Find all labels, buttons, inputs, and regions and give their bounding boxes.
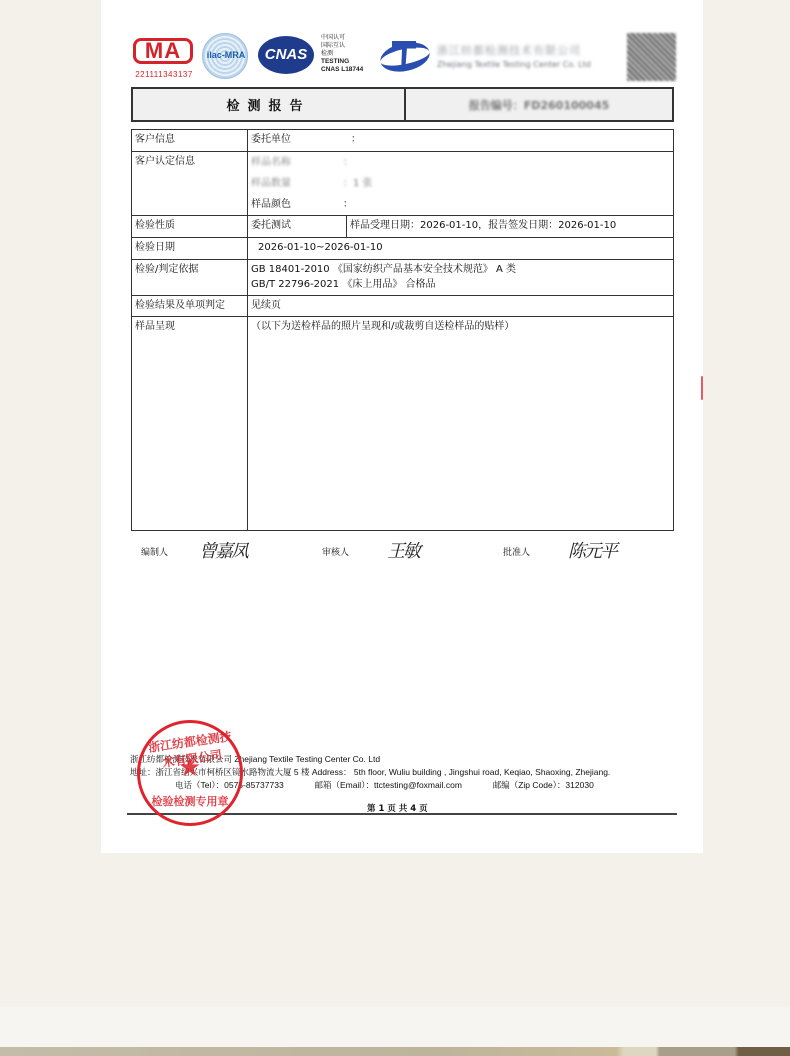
compiler-signature: 曾嘉凤 — [199, 537, 247, 563]
official-seal: 浙江纺都检测技术有限公司 ★ 检验检测专用章 — [137, 720, 243, 826]
row-label: 检验日期 — [132, 238, 248, 260]
approver-signature: 陈元平 — [568, 537, 616, 563]
cma-logo: MA 221111343137 — [133, 38, 195, 82]
cnas-info-line: CNAS L18744 — [321, 66, 363, 73]
reviewer-label: 审核人 — [322, 545, 349, 558]
row-value: 样品名称： 样品数量：1 张 样品颜色： — [248, 152, 674, 216]
table-row: 样品呈现 （以下为送检样品的照片呈现和/或裁剪自送检样品的贴样） — [132, 317, 674, 531]
row-label: 样品呈现 — [132, 317, 248, 531]
row-value: 委托单位： — [248, 130, 674, 152]
row-value: 2026-01-10~2026-01-10 — [248, 238, 674, 260]
signature-row: 编制人 曾嘉凤 审核人 王敏 批准人 陈元平 — [101, 537, 703, 567]
row-value: GB 18401-2010 《国家纺织产品基本安全技术规范》 A 类 GB/T … — [248, 260, 674, 296]
table-row: 客户认定信息 样品名称： 样品数量：1 张 样品颜色： — [132, 152, 674, 216]
row-label: 检验结果及单项判定 — [132, 296, 248, 317]
row-label: 客户认定信息 — [132, 152, 248, 216]
compiler-label: 编制人 — [141, 545, 168, 558]
field-key: 委托单位 — [251, 132, 351, 147]
report-number: 报告编号：FD260100045 — [406, 89, 672, 120]
reviewer-signature: 王敏 — [387, 537, 419, 563]
photo-strip — [0, 1047, 790, 1056]
report-info-table: 客户信息 委托单位： 客户认定信息 样品名称： 样品数量：1 张 样品颜色： 检… — [131, 129, 674, 531]
report-title: 检测报告 — [133, 89, 406, 120]
ilac-mra-logo: ilac-MRA — [202, 33, 248, 79]
cma-number: 221111343137 — [133, 70, 195, 79]
table-row: 检验性质 委托测试 样品受理日期：2026-01-10，报告签发日期：2026-… — [132, 216, 674, 238]
sample-area: （以下为送检样品的照片呈现和/或裁剪自送检样品的贴样） — [248, 317, 674, 531]
row-label: 检验性质 — [132, 216, 248, 238]
ttc-logo-icon — [380, 35, 430, 77]
cma-mark: MA — [133, 38, 193, 64]
row-label: 检验/判定依据 — [132, 260, 248, 296]
table-row: 检验日期 2026-01-10~2026-01-10 — [132, 238, 674, 260]
dates-value: 样品受理日期：2026-01-10，报告签发日期：2026-01-10 — [347, 216, 674, 238]
edge-mark — [701, 376, 703, 400]
field-value: ：1 张 — [343, 176, 373, 191]
company-name-cn: 浙江纺都检测技术有限公司 — [437, 42, 581, 58]
footer-zip: 邮编（Zip Code）：312030 — [493, 780, 594, 790]
footer-email: 邮箱（Email）：ttctesting@foxmail.com — [314, 780, 462, 790]
cnas-info-line: 国际互认 — [321, 42, 363, 50]
field-value: ： — [351, 134, 361, 145]
star-icon: ★ — [178, 755, 201, 781]
row-value: 委托测试 — [248, 216, 347, 238]
field-key: 样品颜色 — [251, 197, 343, 212]
table-row: 检验/判定依据 GB 18401-2010 《国家纺织产品基本安全技术规范》 A… — [132, 260, 674, 296]
table-row: 检验结果及单项判定 见续页 — [132, 296, 674, 317]
cnas-info-line: 中国认可 — [321, 34, 363, 42]
cnas-info: 中国认可 国际互认 检测 TESTING CNAS L18744 — [321, 34, 363, 74]
standard-line: GB/T 22796-2021 《床上用品》 合格品 — [251, 277, 670, 292]
table-row: 客户信息 委托单位： — [132, 130, 674, 152]
field-value: ： — [343, 155, 353, 170]
cnas-text: CNAS — [258, 46, 314, 63]
cnas-info-line: 检测 — [321, 50, 363, 58]
approver-label: 批准人 — [503, 545, 530, 558]
row-value: 见续页 — [248, 296, 674, 317]
field-key: 样品名称 — [251, 155, 343, 170]
field-key: 样品数量 — [251, 176, 343, 191]
standard-line: GB 18401-2010 《国家纺织产品基本安全技术规范》 A 类 — [251, 262, 670, 277]
qr-code — [627, 33, 676, 81]
field-value: ： — [343, 197, 353, 212]
company-name-en: Zhejiang Textile Testing Center Co. Ltd — [437, 60, 591, 69]
cnas-logo: CNAS — [258, 36, 314, 74]
ilac-text: ilac-MRA — [201, 50, 251, 60]
report-title-bar: 检测报告 报告编号：FD260100045 — [131, 87, 674, 122]
seal-bottom-text: 检验检测专用章 — [150, 793, 230, 809]
cnas-info-line: TESTING — [321, 58, 349, 65]
bottom-band — [0, 1007, 790, 1047]
row-label: 客户信息 — [132, 130, 248, 152]
